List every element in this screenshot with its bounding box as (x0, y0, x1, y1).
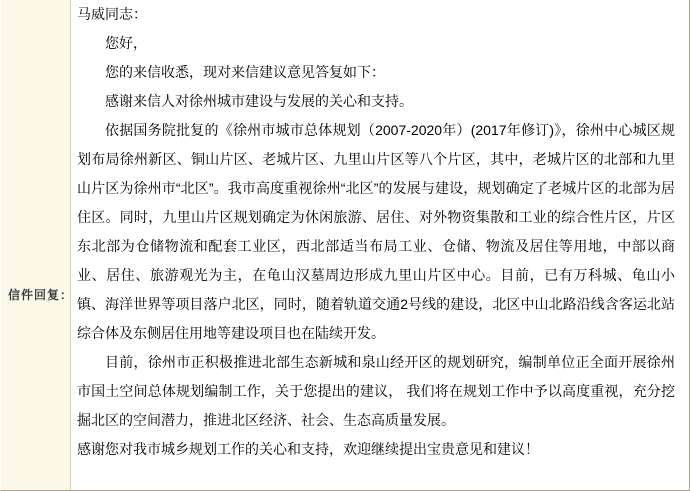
reply-label-cell: 信件回复： (1, 0, 71, 490)
reply-paragraph-closing: 感谢您对我市城乡规划工作的关心和支持，欢迎继续提出宝贵意见和建议！ (77, 435, 675, 464)
reply-content: 马威同志： 您好， 您的来信收悉，现对来信建议意见答复如下： 感谢来信人对徐州城… (71, 0, 689, 490)
salutation: 马威同志： (77, 0, 675, 29)
reply-paragraph-greeting: 您好， (77, 29, 675, 58)
reply-paragraph-current-work: 目前，徐州市正积极推进北部生态新城和泉山经开区的规划研究，编制单位正全面开展徐州… (77, 348, 675, 435)
reply-paragraph-planning-detail: 依据国务院批复的《徐州市城市总体规划（2007-2020年）(2017年修订)》… (77, 116, 675, 348)
reply-label: 信件回复： (8, 286, 73, 303)
letter-reply-panel: 信件回复： 马威同志： 您好， 您的来信收悉，现对来信建议意见答复如下： 感谢来… (0, 0, 690, 491)
reply-paragraph-thanks: 感谢来信人对徐州城市建设与发展的关心和支持。 (77, 87, 675, 116)
reply-paragraph-intro: 您的来信收悉，现对来信建议意见答复如下： (77, 58, 675, 87)
